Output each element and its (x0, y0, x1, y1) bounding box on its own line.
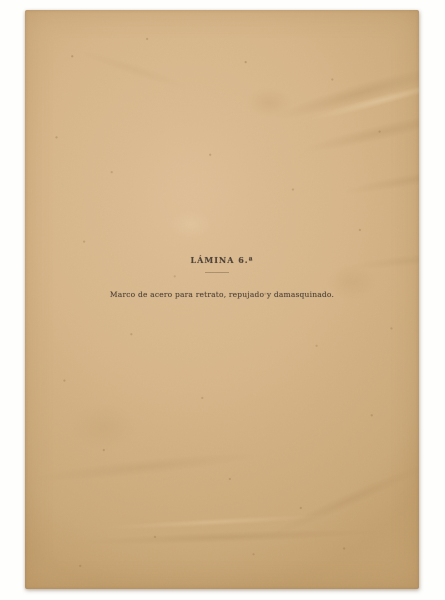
paper-crease (25, 425, 302, 509)
paper-crease (53, 26, 218, 113)
paper-crease (236, 30, 419, 156)
plate-title: LÁMINA 6.ª (25, 255, 419, 265)
paper-crease (318, 146, 419, 217)
paper-grain-texture (25, 10, 419, 589)
scanned-book-page: LÁMINA 6.ª Marco de acero para retrato, … (25, 10, 419, 589)
title-divider-rule (205, 272, 229, 273)
paper-crease-highlight (279, 58, 419, 142)
paper-crease (29, 512, 419, 562)
paper-crease (235, 432, 419, 568)
paper-crease (267, 81, 419, 182)
plate-caption: Marco de acero para retrato, repujado y … (25, 290, 419, 299)
paper-crease-highlight (65, 501, 366, 543)
